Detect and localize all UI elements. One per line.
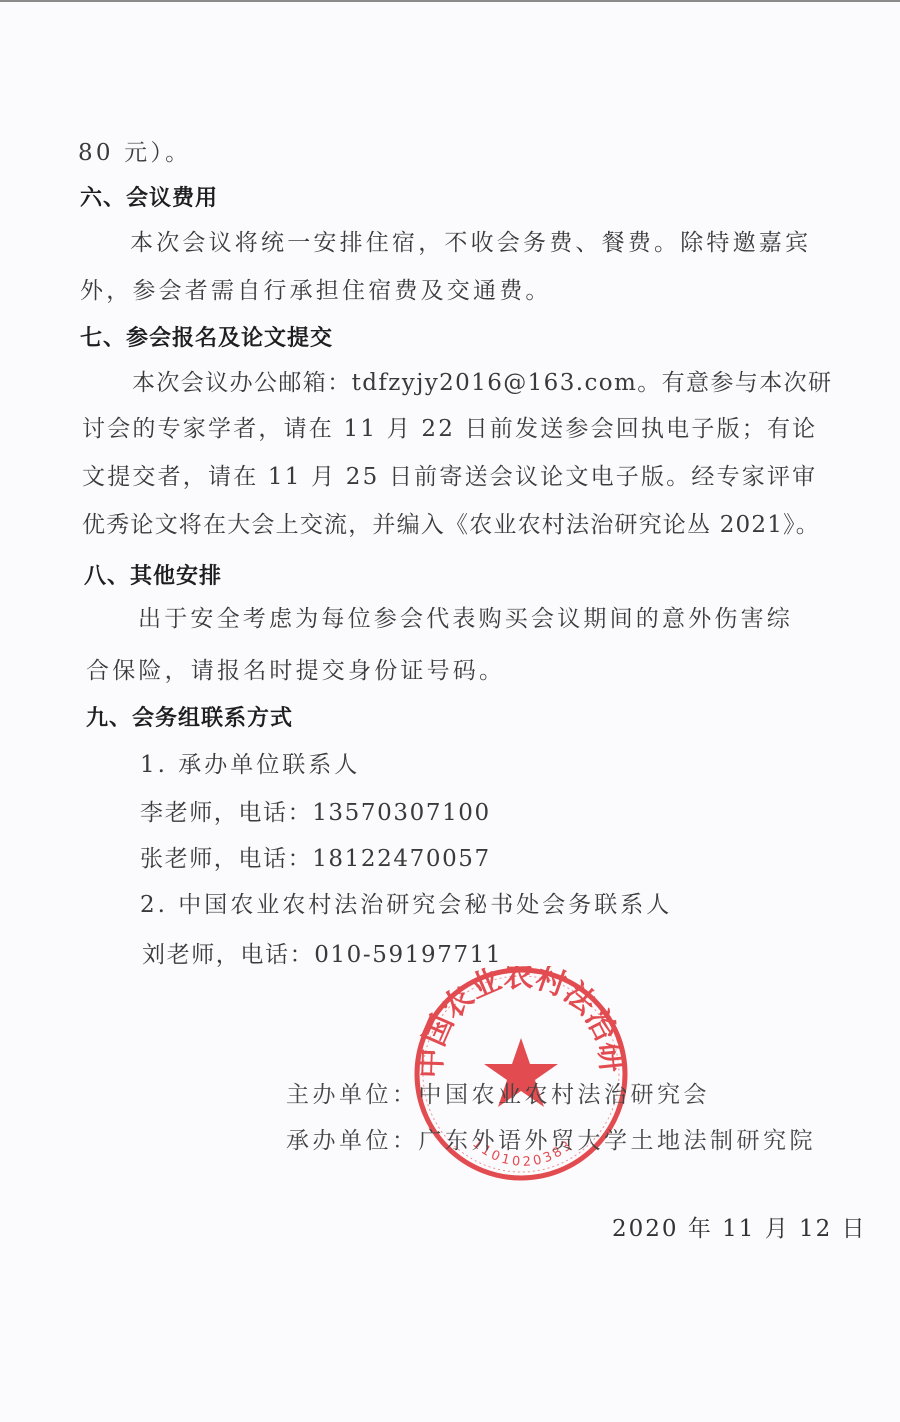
- section-heading-registration: 七、参会报名及论文提交: [80, 324, 333, 354]
- continuation-text: 80 元）。: [78, 138, 191, 168]
- fees-paragraph-line-2: 外，参会者需自行承担住宿费及交通费。: [80, 276, 552, 306]
- section-heading-other: 八、其他安排: [84, 562, 222, 592]
- registration-paragraph-line-3: 文提交者，请在 11 月 25 日前寄送会议论文电子版。经专家评审: [82, 462, 817, 492]
- section-heading-fees: 六、会议费用: [80, 184, 218, 214]
- contact-group-2-label: 2. 中国农业农村法治研究会秘书处会务联系人: [140, 890, 672, 920]
- section-heading-contact: 九、会务组联系方式: [86, 704, 293, 734]
- fees-paragraph-line-1: 本次会议将统一安排住宿，不收会务费、餐费。除特邀嘉宾: [130, 228, 811, 258]
- registration-paragraph-line-2: 讨会的专家学者，请在 11 月 22 日前发送参会回执电子版；有论: [82, 414, 817, 444]
- other-paragraph-line-1: 出于安全考虑为每位参会代表购买会议期间的意外伤害综: [138, 604, 793, 634]
- contact-zhang: 张老师，电话：18122470057: [140, 844, 491, 874]
- svg-text:中国农业农村法治研究会: 中国农业农村法治研究会: [413, 966, 629, 1079]
- other-paragraph-line-2: 合保险，请报名时提交身份证号码。: [86, 656, 505, 686]
- contact-group-1-label: 1. 承办单位联系人: [140, 750, 360, 780]
- document-page: 80 元）。 六、会议费用 本次会议将统一安排住宿，不收会务费、餐费。除特邀嘉宾…: [0, 0, 900, 1422]
- registration-paragraph-line-4: 优秀论文将在大会上交流，并编入《农业农村法治研究论丛 2021》。: [82, 510, 820, 540]
- organizer-line: 主办单位：中国农业农村法治研究会: [286, 1080, 710, 1110]
- contact-li: 李老师，电话：13570307100: [140, 798, 491, 828]
- contact-liu: 刘老师，电话：010-59197711: [142, 940, 502, 970]
- registration-paragraph-line-1: 本次会议办公邮箱：tdfzyjy2016@163.com。有意参与本次研: [132, 368, 832, 398]
- document-date: 2020 年 11 月 12 日: [612, 1214, 867, 1244]
- co-organizer-line: 承办单位：广东外语外贸大学土地法制研究院: [286, 1126, 816, 1156]
